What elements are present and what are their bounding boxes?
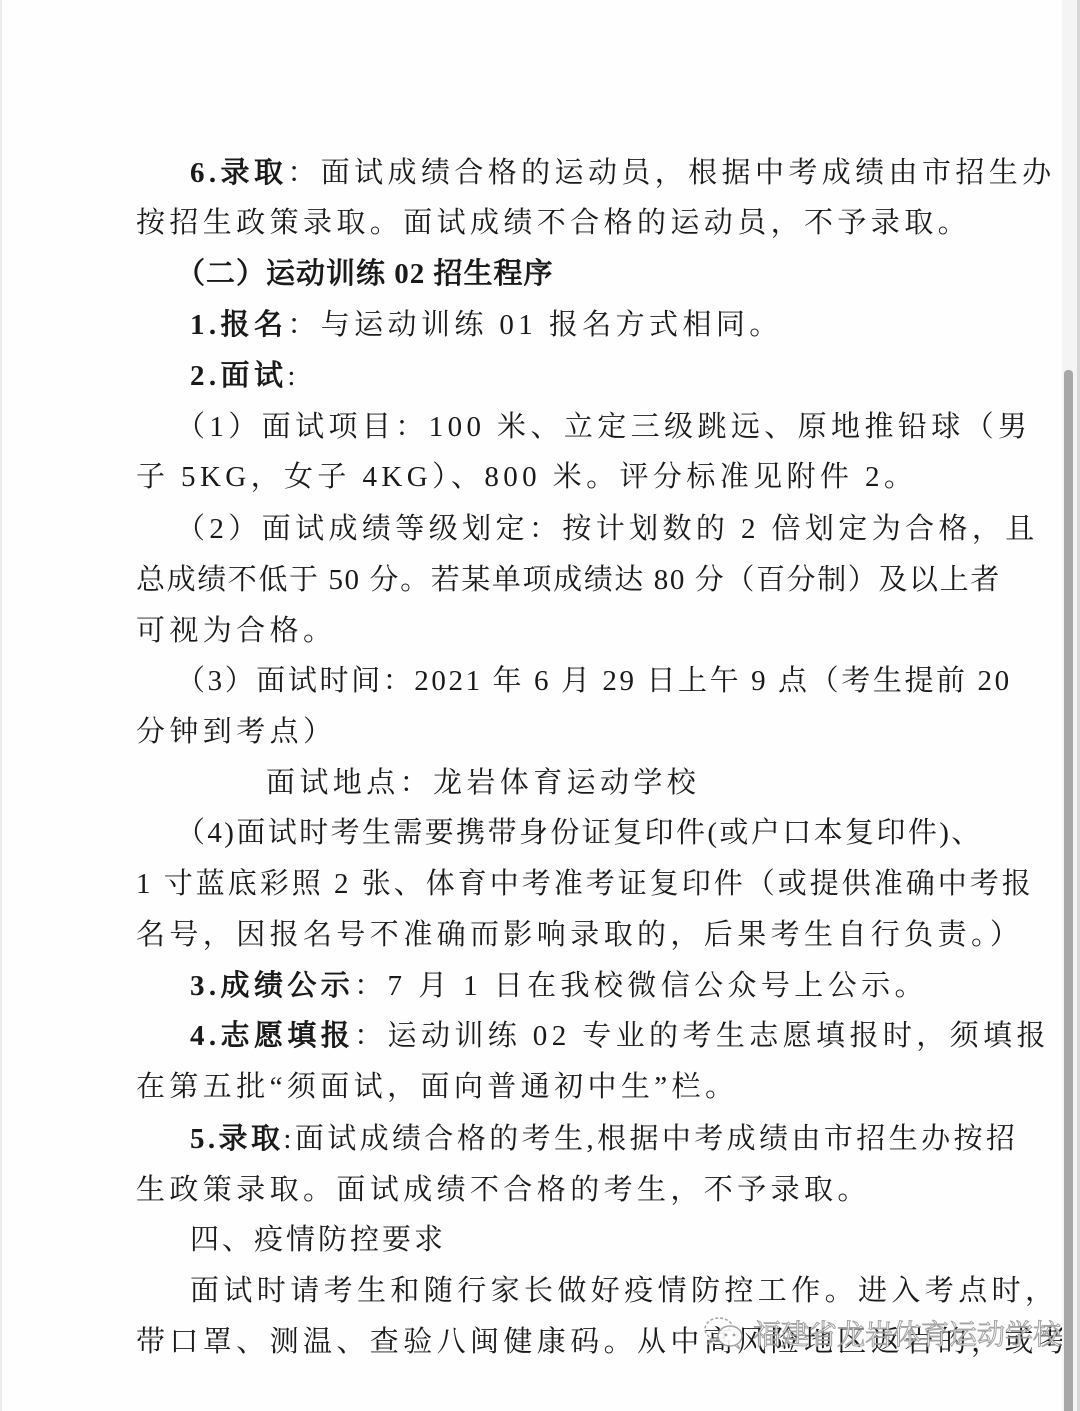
page-left-edge (0, 0, 2, 1411)
item-label: 1.报名 (190, 309, 287, 341)
interview-subitem-1-line-2: 子 5KG，女子 4KG）、800 米。评分标准见附件 2。 (136, 457, 917, 497)
interview-subitem-1-line-1: （1）面试项目：100 米、立定三级跳远、原地推铅球（男 (176, 407, 1031, 447)
interview-subitem-2-line-2: 总成绩不低于 50 分。若某单项成绩达 80 分（百分制）及以上者 (136, 560, 1001, 600)
interview-subitem-4-line-1: （4)面试时考生需要携带身份证复印件(或户口本复印件)、 (176, 813, 983, 853)
section-heading-02-procedure: （二）运动训练 02 招生程序 (176, 254, 554, 294)
results-publication-item: 3.成绩公示：7 月 1 日在我校微信公众号上公示。 (190, 966, 928, 1006)
interview-subitem-3-line-2: 分钟到考点） (136, 712, 336, 752)
interview-location: 面试地点：龙岩体育运动学校 (266, 763, 700, 803)
interview-item-heading: 2.面试: (190, 356, 300, 396)
watermark-text: 福建省龙岩体育运动学校 (753, 1313, 1061, 1353)
application-item-line-1: 4.志愿填报：运动训练 02 专业的考生志愿填报时，须填报 (190, 1016, 1050, 1056)
item-label: 3.成绩公示 (190, 970, 354, 1002)
registration-item: 1.报名：与运动训练 01 报名方式相同。 (190, 305, 783, 345)
admission-item-5-line-1: 5.录取:面试成绩合格的考生,根据中考成绩由市招生办按招 (190, 1119, 1018, 1159)
application-item-line-2: 在第五批“须面试，面向普通初中生”栏。 (136, 1067, 738, 1107)
interview-subitem-3-line-1: （3）面试时间：2021 年 6 月 29 日上午 9 点（考生提前 20 (176, 661, 1012, 701)
document-page: 6.录取：面试成绩合格的运动员，根据中考成绩由市招生办 按招生政策录取。面试成绩… (0, 0, 1062, 1411)
item-label: 6.录取 (190, 157, 287, 189)
interview-subitem-2-line-3: 可视为合格。 (136, 611, 336, 651)
interview-subitem-4-line-3: 名号，因报名号不准确而影响录取的，后果考生自行负责。） (136, 915, 1023, 955)
epidemic-paragraph-line-1: 面试时请考生和随行家长做好疫情防控工作。进入考点时， (190, 1271, 1058, 1311)
section-heading-epidemic-control: 四、疫情防控要求 (190, 1220, 446, 1260)
wechat-watermark: 福建省龙岩体育运动学校 (703, 1313, 1061, 1353)
admission-item-6-line-1: 6.录取：面试成绩合格的运动员，根据中考成绩由市招生办 (190, 153, 1056, 193)
admission-item-6-line-2: 按招生政策录取。面试成绩不合格的运动员，不予录取。 (136, 203, 971, 243)
wechat-icon (703, 1316, 747, 1350)
item-label: 5.录取 (190, 1123, 283, 1155)
scrollbar-thumb[interactable] (1064, 370, 1073, 1411)
item-label: 2.面试 (190, 360, 287, 392)
interview-subitem-2-line-1: （2）面试成绩等级划定：按计划数的 2 倍划定为合格，且 (176, 509, 1039, 549)
item-label: 4.志愿填报 (190, 1020, 354, 1052)
admission-item-5-line-2: 生政策录取。面试成绩不合格的考生，不予录取。 (136, 1170, 871, 1210)
interview-subitem-4-line-2: 1 寸蓝底彩照 2 张、体育中考准考证复印件（或提供准确中考报 (136, 864, 1034, 904)
